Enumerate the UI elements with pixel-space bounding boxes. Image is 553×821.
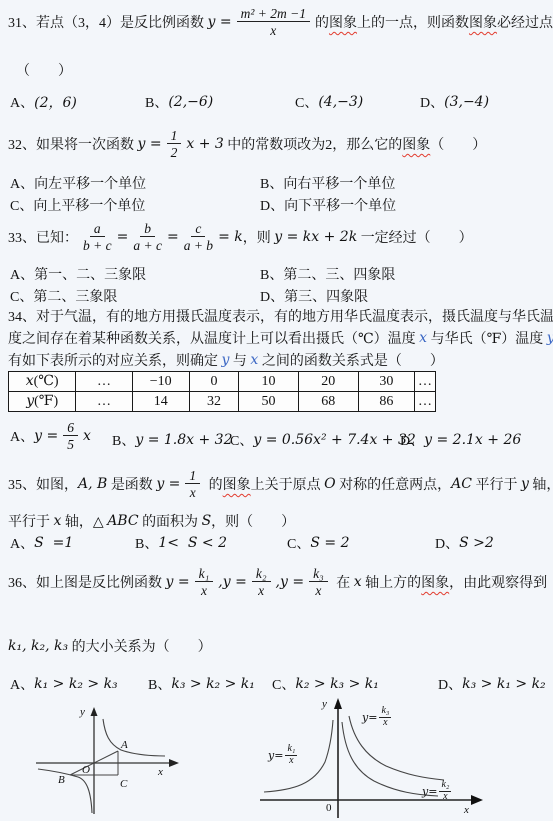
q33-fraction-1: ab + c [83, 221, 112, 253]
q34-cell-y0: … [76, 392, 132, 412]
q31-frac-den: x [270, 22, 276, 38]
q35-line2-b: 轴，△ [61, 511, 107, 531]
q31-text-c: 必经过点 [497, 12, 553, 32]
fig36-y-label: y [322, 698, 327, 710]
q34-yvar: y [26, 393, 34, 409]
q35-option-a-text: S =1 [34, 535, 73, 551]
q35-option-b-label: B、 [135, 533, 158, 553]
q32-options-row2: C、向上平移一个单位 D、向下平移一个单位 [0, 195, 553, 217]
fig35-c-label: C [120, 778, 127, 790]
q31-option-c-label: C、 [295, 92, 318, 112]
q32-eq-lead: y = [138, 136, 162, 152]
q32-squiggle-1: 图象 [402, 134, 430, 154]
q34-line2: 度之间存在着某种函数关系，从温度计上可以看出摄氏（℃）温度 x 与华氏（℉）温度… [8, 328, 553, 348]
q31-option-d-label: D、 [420, 92, 444, 112]
q35-line2: 平行于 x 轴，△ ABC 的面积为 S，则（ ） [8, 511, 295, 531]
q34-option-a-frac-num: 6 [63, 420, 78, 436]
fig36-k1-fraction: k₁x [285, 744, 297, 766]
q33-option-b-label: B、 [260, 264, 283, 284]
fig36-k2-label: y=k₂x [422, 780, 451, 802]
q34-option-d: D、y = 2.1x + 26 [400, 430, 521, 450]
q35-text-3a: 的 [205, 474, 223, 494]
q32-option-a: A、向左平移一个单位 [10, 173, 146, 193]
q33-option-c: C、第二、三象限 [10, 286, 117, 306]
q34-option-a: A、y =65x [10, 420, 91, 452]
q32-option-a-text: 向左平移一个单位 [34, 173, 146, 193]
q36-fraction-1: k₁x [195, 566, 214, 598]
q35-math-ac: AC [451, 476, 472, 492]
q34-cell-xhdr: x(℃) [9, 372, 76, 392]
q32-option-d: D、向下平移一个单位 [260, 195, 396, 215]
q35-text-2: 是函数 [107, 474, 156, 494]
q35-option-a-label: A、 [10, 533, 34, 553]
q33-options-row2: C、第二、三象限 D、第三、四象限 [0, 286, 553, 308]
q35-option-c-label: C、 [287, 533, 310, 553]
q31-option-b-text: (2,−6) [168, 94, 213, 110]
q32-fraction: 12 [167, 128, 182, 160]
q35-option-b: B、1< S < 2 [135, 533, 227, 553]
q34-cell-x3: 10 [239, 372, 299, 392]
q32-eq-mid: x + 3 [186, 136, 223, 152]
q31-squiggle-1: 图象 [329, 12, 357, 32]
q31-fraction: m² + 2m −1x [237, 6, 310, 38]
fig36-x-label: x [464, 804, 469, 816]
q36-squiggle-1: 图象 [421, 572, 449, 592]
q35-math-y: y [521, 476, 529, 492]
q36-line2: k₁, k₂, k₃ 的大小关系为（ ） [8, 636, 212, 656]
q35-eq-lead: y = [156, 476, 180, 492]
q34-line3-c: 之间的函数关系式是（ ） [258, 350, 444, 370]
q34-yunit: (℉) [34, 394, 58, 409]
q35-option-b-text: 1< S < 2 [158, 535, 227, 551]
q35-math-o: O [324, 476, 335, 492]
q33-option-b: B、第二、三、四象限 [260, 264, 395, 284]
q34-option-d-text: y = 2.1x + 26 [424, 432, 521, 448]
q35-text-pre: 35、如图， [8, 474, 78, 494]
fig36-k3-lead: y= [362, 711, 377, 724]
q32-option-d-label: D、 [260, 195, 284, 215]
q36-option-a-text: k₁ > k₂ > k₃ [34, 676, 118, 692]
q34-cell-x2: 0 [189, 372, 238, 392]
q35-text-3d: 平行于 [472, 474, 521, 494]
q31-eq-lead: y = [208, 14, 232, 30]
q34-cell-y2: 32 [189, 392, 238, 412]
q33-math-expr: y = kx + 2k [274, 229, 357, 245]
q35-math-s: S [202, 513, 212, 529]
q36-eq-lead-3: y = [280, 574, 304, 590]
q32-option-c: C、向上平移一个单位 [10, 195, 145, 215]
q36-text-c: ，由此观察得到 [449, 572, 547, 592]
q31-option-a: A、(2，6) [10, 92, 77, 112]
q35-text-3e: 轴， [529, 474, 553, 494]
q35-line1: 35、如图，A, B 是函数 y =1x 的图象上关于原点 O 对称的任意两点，… [8, 468, 553, 500]
q34-cell-x6: … [415, 372, 436, 392]
q34-option-a-lead: y = [34, 428, 58, 444]
q35-math-x: x [54, 513, 62, 529]
fig36-k2-fraction: k₂x [439, 780, 451, 802]
q35-frac-den: x [190, 484, 196, 500]
q34-xunit: (℃) [34, 374, 59, 389]
q34-xvar: x [26, 373, 34, 389]
fig35-a-label: A [121, 739, 128, 751]
q35-figure: y x O A B C [32, 706, 182, 818]
q31-line1: 31、若点（3，4）是反比例函数 y =m² + 2m −1x的图象上的一点，则… [8, 6, 553, 38]
fig36-k3-label: y=k₃x [362, 706, 391, 728]
q34-option-b-text: y = 1.8x + 32 [135, 432, 232, 448]
q36-figure: y x 0 y=k₁x y=k₃x y=k₂x [252, 696, 492, 821]
q36-option-c-label: C、 [272, 674, 295, 694]
fig36-k1-den: x [289, 756, 293, 767]
q32-frac-num: 1 [167, 128, 182, 144]
q34-option-b: B、y = 1.8x + 32 [112, 430, 233, 450]
q34-line3-a: 有如下表所示的对应关系，则确定 [8, 350, 222, 370]
q31-option-b-label: B、 [145, 92, 168, 112]
q36-option-b-label: B、 [148, 674, 171, 694]
q36-option-d-text: k₃ > k₁ > k₂ [462, 676, 546, 692]
fig35-y-label: y [80, 706, 85, 718]
q35-option-d-label: D、 [435, 533, 459, 553]
q34-cell-x1: −10 [132, 372, 189, 392]
q35-math-abc: ABC [107, 513, 138, 529]
q32-option-b-text: 向右平移一个单位 [283, 173, 395, 193]
q33-option-a-text: 第一、二、三象限 [34, 264, 146, 284]
q33-option-c-label: C、 [10, 286, 33, 306]
q33-option-a: A、第一、二、三象限 [10, 264, 146, 284]
x-axis-arrow-icon [471, 795, 483, 805]
q34-line2-x: x [419, 330, 427, 346]
q33-frac3-den: a + b [184, 237, 213, 253]
q34-options: A、y =65x B、y = 1.8x + 32 C、y = 0.56x² + … [0, 420, 553, 460]
q34-table-row-y: y(℉) … 14 32 50 68 86 … [9, 392, 436, 412]
q35-figure-svg [32, 706, 182, 818]
q34-cell-x4: 20 [298, 372, 358, 392]
q34-option-a-label: A、 [10, 426, 34, 446]
q31-frac-num: m² + 2m −1 [237, 6, 310, 22]
q31-option-a-text: (2，6) [34, 92, 77, 112]
q33-frac1-den: b + c [83, 237, 112, 253]
q36-options: A、k₁ > k₂ > k₃ B、k₃ > k₂ > k₁ C、k₂ > k₃ … [0, 674, 553, 696]
q31-squiggle-2: 图象 [469, 12, 497, 32]
q34-line3-y: y [222, 352, 230, 368]
fig36-k3-num: k₃ [379, 706, 391, 718]
q34-cell-yhdr: y(℉) [9, 392, 76, 412]
fig36-k3-den: x [383, 718, 387, 729]
q32-text-pre: 32、如果将一次函数 [8, 134, 138, 154]
q35-line2-c: 的面积为 [139, 511, 202, 531]
q31-text-b: 上的一点，则函数 [357, 12, 469, 32]
q31-options: A、(2，6) B、(2,−6) C、(4,−3) D、(3,−4) [0, 92, 553, 114]
hyperbola-q1-branch [103, 719, 165, 756]
q36-math-x: x [354, 574, 362, 590]
q31-text-a: 的 [315, 12, 329, 32]
q34-option-c: C、y = 0.56x² + 7.4x + 32 [230, 430, 416, 450]
q33-eq-3: = k [218, 229, 243, 245]
q36-frac3-den: x [315, 582, 321, 598]
q36-line2-text: 的大小关系为（ ） [68, 636, 212, 656]
q34-option-a-tail: x [83, 428, 91, 444]
q36-option-a-label: A、 [10, 674, 34, 694]
q36-frac1-den: x [201, 582, 207, 598]
q35-squiggle-1: 图象 [223, 474, 251, 494]
q36-frac2-num: k₂ [252, 566, 271, 582]
q35-math-ab: A, B [78, 476, 107, 492]
q34-line1: 34、对于气温，有的地方用摄氏温度表示，有的地方用华氏温度表示，摄氏温度与华氏温 [8, 306, 553, 326]
q36-frac2-den: x [258, 582, 264, 598]
q34-option-c-label: C、 [230, 430, 253, 450]
q34-option-c-text: y = 0.56x² + 7.4x + 32 [253, 432, 415, 448]
q31-option-b: B、(2,−6) [145, 92, 213, 112]
q34-cell-y6: … [415, 392, 436, 412]
fig35-b-label: B [58, 774, 65, 786]
q34-cell-y4: 68 [298, 392, 358, 412]
fig36-k2-lead: y= [422, 785, 437, 798]
q36-text-b: 轴上方的 [362, 572, 422, 592]
q34-line3: 有如下表所示的对应关系，则确定 y 与 x 之间的函数关系式是（ ） [8, 350, 444, 370]
q33-line1: 33、已知：ab + c=ba + c=ca + b= k，则 y = kx +… [8, 221, 473, 253]
q34-line2-b: 与华氏（℉）温度 [427, 328, 547, 348]
fig36-k2-num: k₂ [439, 780, 451, 792]
q36-option-b-text: k₃ > k₂ > k₁ [171, 676, 255, 692]
q34-option-a-frac-den: 5 [67, 436, 74, 452]
fig36-k3-fraction: k₃x [379, 706, 391, 728]
q34-table: x(℃) … −10 0 10 20 30 … y(℉) … 14 32 50 … [8, 371, 436, 412]
q32-option-d-text: 向下平移一个单位 [284, 195, 396, 215]
q34-line2-a: 度之间存在着某种函数关系，从温度计上可以看出摄氏（℃）温度 [8, 328, 419, 348]
q36-frac3-num: k₃ [309, 566, 328, 582]
fig36-k1-lead: y= [268, 749, 283, 762]
q31-paren: （ ） [16, 60, 72, 80]
q32-option-b-label: B、 [260, 173, 283, 193]
q31-paren-text: （ ） [16, 60, 72, 80]
q35-option-d-text: S >2 [459, 535, 494, 551]
q32-text-b: （ ） [430, 134, 486, 154]
exam-page: 31、若点（3，4）是反比例函数 y =m² + 2m −1x的图象上的一点，则… [0, 0, 553, 821]
fig36-k2-den: x [443, 792, 447, 803]
q36-line1: 36、如上图是反比例函数 y =k₁x,y =k₂x,y =k₃x 在 x 轴上… [8, 566, 547, 598]
q35-option-a: A、S =1 [10, 533, 73, 553]
q33-frac2-den: a + c [133, 237, 162, 253]
q35-options: A、S =1 B、1< S < 2 C、S = 2 D、S >2 [0, 533, 553, 555]
q34-table-row-x: x(℃) … −10 0 10 20 30 … [9, 372, 436, 392]
q33-text-b: 一定经过（ ） [357, 227, 473, 247]
q36-math-ks: k₁, k₂, k₃ [8, 638, 68, 654]
q35-line2-d: ，则（ ） [211, 511, 295, 531]
q31-option-d: D、(3,−4) [420, 92, 489, 112]
q34-cell-x5: 30 [358, 372, 414, 392]
q36-option-c: C、k₂ > k₃ > k₁ [272, 674, 379, 694]
q36-text-a: 在 [333, 572, 354, 592]
q32-frac-den: 2 [171, 144, 178, 160]
q32-option-b: B、向右平移一个单位 [260, 173, 395, 193]
q36-option-a: A、k₁ > k₂ > k₃ [10, 674, 118, 694]
q33-frac2-num: b [140, 221, 155, 237]
q33-fraction-3: ca + b [184, 221, 213, 253]
q32-option-a-label: A、 [10, 173, 34, 193]
q36-fraction-3: k₃x [309, 566, 328, 598]
q33-options-row1: A、第一、二、三象限 B、第二、三、四象限 [0, 264, 553, 286]
q33-eq-2: = [167, 229, 179, 245]
q34-cell-y1: 14 [132, 392, 189, 412]
q35-text-3b: 上关于原点 [251, 474, 325, 494]
q33-option-a-label: A、 [10, 264, 34, 284]
q31-option-a-label: A、 [10, 92, 34, 112]
q33-option-d-text: 第三、四象限 [284, 286, 368, 306]
q36-option-d: D、k₃ > k₁ > k₂ [438, 674, 546, 694]
q33-option-d-label: D、 [260, 286, 284, 306]
q34-line3-x: x [250, 352, 258, 368]
q32-line1: 32、如果将一次函数 y =12x + 3 中的常数项改为2，那么它的图象（ ） [8, 128, 486, 160]
q33-frac3-num: c [191, 221, 205, 237]
q35-option-d: D、S >2 [435, 533, 494, 553]
q35-option-c: C、S = 2 [287, 533, 349, 553]
q35-frac-num: 1 [185, 468, 200, 484]
fig35-x-label: x [158, 766, 163, 778]
q33-text-a: ，则 [243, 227, 275, 247]
q36-eq-lead-1: y = [166, 574, 190, 590]
q34-line2-y: y [547, 330, 553, 346]
x-axis-arrow-icon [169, 759, 179, 767]
fig36-origin-label: 0 [326, 802, 332, 814]
q35-fraction: 1x [185, 468, 200, 500]
fig35-o-label: O [82, 764, 90, 776]
q35-text-3c: 对称的任意两点， [336, 474, 452, 494]
q36-option-b: B、k₃ > k₂ > k₁ [148, 674, 255, 694]
q34-cell-y3: 50 [239, 392, 299, 412]
q36-text-pre: 36、如上图是反比例函数 [8, 572, 166, 592]
q34-cell-y5: 86 [358, 392, 414, 412]
q33-eq-1: = [117, 229, 129, 245]
q35-line2-a: 平行于 [8, 511, 54, 531]
q36-fraction-2: k₂x [252, 566, 271, 598]
q36-eq-lead-2: y = [223, 574, 247, 590]
q31-option-d-text: (3,−4) [444, 94, 489, 110]
q33-frac1-num: a [90, 221, 105, 237]
y-axis-arrow-icon [334, 698, 342, 709]
q34-line1-text: 34、对于气温，有的地方用摄氏温度表示，有的地方用华氏温度表示，摄氏温度与华氏温 [8, 306, 553, 326]
fig36-k1-label: y=k₁x [268, 744, 297, 766]
q32-option-c-text: 向上平移一个单位 [33, 195, 145, 215]
q31-text-pre: 31、若点（3，4）是反比例函数 [8, 12, 208, 32]
q33-option-b-text: 第二、三、四象限 [283, 264, 395, 284]
q34-option-a-fraction: 65 [63, 420, 78, 452]
q34-line3-b: 与 [229, 350, 250, 370]
q34-option-b-label: B、 [112, 430, 135, 450]
q33-option-d: D、第三、四象限 [260, 286, 368, 306]
q36-option-c-text: k₂ > k₃ > k₁ [295, 676, 379, 692]
q32-text-a: 中的常数项改为2，那么它的 [224, 134, 403, 154]
q36-option-d-label: D、 [438, 674, 462, 694]
q35-option-c-text: S = 2 [310, 535, 349, 551]
q33-option-c-text: 第二、三象限 [33, 286, 117, 306]
q32-options-row1: A、向左平移一个单位 B、向右平移一个单位 [0, 173, 553, 195]
q31-option-c-text: (4,−3) [318, 94, 363, 110]
y-axis-arrow-icon [91, 707, 98, 716]
q33-text-pre: 33、已知： [8, 227, 78, 247]
q32-option-c-label: C、 [10, 195, 33, 215]
q34-cell-x0: … [76, 372, 132, 392]
fig36-k1-num: k₁ [285, 744, 297, 756]
q36-frac1-num: k₁ [195, 566, 214, 582]
q33-fraction-2: ba + c [133, 221, 162, 253]
q34-option-d-label: D、 [400, 430, 424, 450]
q31-option-c: C、(4,−3) [295, 92, 363, 112]
